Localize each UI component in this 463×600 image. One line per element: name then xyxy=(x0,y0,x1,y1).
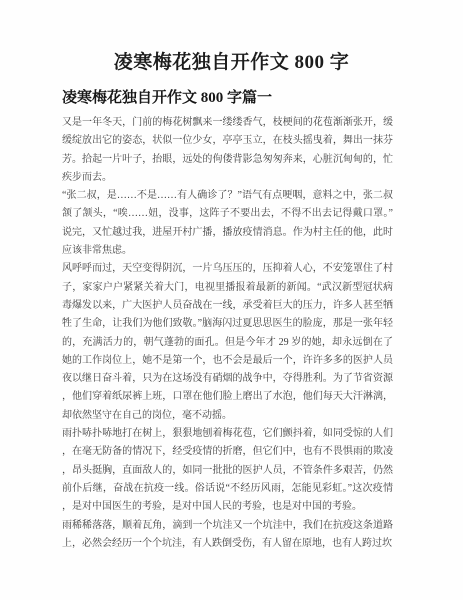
essay-paragraph: 又是一年冬天，门前的梅花树飘来一缕缕香气，枝梗间的花苞渐渐张开，缓缓绽放出它的姿… xyxy=(62,114,393,187)
essay-paragraph: 雨稀稀落落，顺着瓦角，滴到一个坑洼又一个坑洼中，我们在抗疫这条道路上，必然会经历… xyxy=(62,517,393,554)
essay-body: 又是一年冬天，门前的梅花树飘来一缕缕香气，枝梗间的花苞渐渐张开，缓缓绽放出它的姿… xyxy=(62,114,393,553)
section-heading: 凌寒梅花独自开作文 800 字篇一 xyxy=(62,88,463,108)
essay-paragraph: 雨扑哧扑哧地打在树上，狠狠地刨着梅花苞，它们颤抖着，如同受惊的人们，在毫无防备的… xyxy=(62,425,393,516)
page-title: 凌寒梅花独自开作文 800 字 xyxy=(0,51,463,75)
essay-paragraph: 风呼呼而过，天空变得阴沉，一片乌压压的，压抑着人心，不安笼罩住了村子，家家户户紧… xyxy=(62,260,393,425)
essay-paragraph: “张二叔，是……不是……有人确诊了？”语气有点哽咽，意料之中，张二叔颔了颔头，“… xyxy=(62,187,393,260)
document-page: 凌寒梅花独自开作文 800 字 凌寒梅花独自开作文 800 字篇一 又是一年冬天… xyxy=(0,0,463,600)
